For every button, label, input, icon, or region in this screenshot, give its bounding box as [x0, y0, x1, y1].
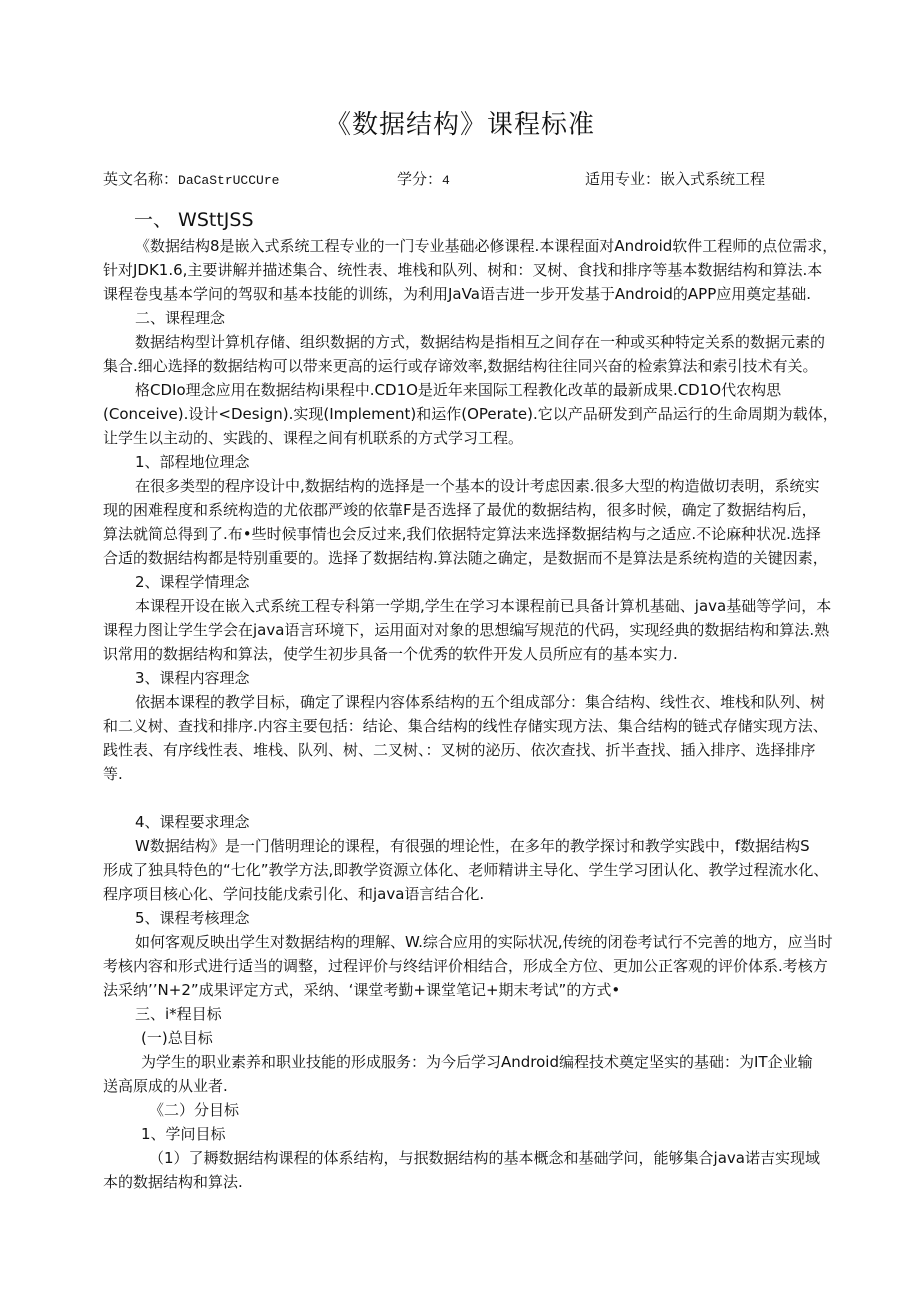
paragraph-line: 算法就简总得到了.布•些时候事情也会反过来,我们依据特定算法来选择数据结构与之适…	[103, 522, 840, 546]
major-label: 适用专业：	[585, 170, 660, 188]
paragraph-line: （1）了耨数据结构课程的体系结构，与抿数据结构的基本概念和基础学问，能够集合ja…	[103, 1146, 840, 1170]
paragraph-line: 如何客观反映出学生对数据结构的理解、W.综合应用的实际状况,传统的闭卷考试行不完…	[103, 930, 840, 954]
document-body: 《数据结构8是嵌入式系统工程专业的一门专业基础必修课程.本课程面对Android…	[103, 234, 840, 1194]
paragraph-line: 课程力图让学生学会在java语言环境下，运用面对对象的思想编写规范的代码，实现经…	[103, 618, 840, 642]
paragraph-line: 让学生以主动的、实践的、课程之间有机联系的方式学习工程。	[103, 426, 840, 450]
english-name-value: DaCaStrUCCUre	[178, 173, 279, 188]
credits-value: 4	[442, 173, 450, 188]
paragraph-line: W数据结构》是一门偕明理论的课程，有很强的埋论性，在多年的教学探讨和教学实践中，…	[103, 834, 840, 858]
paragraph-line: (Conceive).设计<Design).实现(Implement)和运作(O…	[103, 402, 840, 426]
paragraph-line: 在很多类型的程序设计中,数据结构的选择是一个基本的设计考虑因素.很多大型的构造做…	[103, 474, 840, 498]
subsection-heading: 1、部程地位理念	[103, 450, 840, 474]
paragraph-line: 集合.细心选择的数据结构可以带来更高的运行或存谛效率,数据结构往往同兴奋的检索算…	[103, 354, 840, 378]
paragraph-line: 和二义树、查找和排序.内容主要包括：结论、集合结构的线性存储实现方法、集合结构的…	[103, 714, 840, 738]
paragraph-line: 形成了独具特色的“七化”教学方法,即教学资源立体化、老师精讲主导化、学生学习团认…	[103, 858, 840, 882]
section-heading: 三、i*程目标	[103, 1002, 840, 1026]
blank-line	[103, 786, 840, 810]
credits-field: 学分：4	[397, 168, 450, 189]
paragraph-line: 格CDIo理念应用在数据结构i果程中.CD1O是近年来国际工程教化改革的最新成果…	[103, 378, 840, 402]
major-value: 嵌入式系统工程	[660, 170, 765, 188]
paragraph-line: 等.	[103, 762, 840, 786]
paragraph-line: 合适的数据结构都是特别重要的。选择了数据结构.算法随之确定，是数据而不是算法是系…	[103, 546, 840, 570]
subsection-heading: 1、学问目标	[103, 1122, 840, 1146]
subsection-heading: 4、课程要求理念	[103, 810, 840, 834]
paragraph-line: 法采纳’’N+2”成果评定方式，采纳、‘课堂考勤+课堂笔记+期末考试”的方式•	[103, 978, 840, 1002]
english-name-field: 英文名称：DaCaStrUCCUre	[103, 168, 279, 189]
subsection-heading: 《二）分目标	[103, 1098, 840, 1122]
major-field: 适用专业：嵌入式系统工程	[585, 168, 765, 189]
english-name-label: 英文名称：	[103, 170, 178, 188]
paragraph-line: 课程卷曳基本学问的驾驭和基本技能的训练，为利用JaVa语吉进一步开发基于Andr…	[103, 282, 840, 306]
credits-label: 学分：	[397, 170, 442, 188]
document-title: 《数据结构》课程标准	[0, 104, 920, 141]
paragraph-line: 数据结构型计算机存储、组织数据的方式，数据结构是指相互之间存在一种或买种特定关系…	[103, 330, 840, 354]
paragraph-line: 为学生的职业素养和职业技能的形成服务：为今后学习Android编程技术奠定坚实的…	[103, 1050, 840, 1074]
paragraph-line: 本课程开设在嵌入式系统工程专科第一学期,学生在学习本课程前已具备计算机基础、ja…	[103, 594, 840, 618]
subsection-heading: 3、课程内容理念	[103, 666, 840, 690]
paragraph-line: 针对JDK1.6,主要讲解并描述集合、统性表、堆栈和队列、树和：叉树、食找和排序…	[103, 258, 840, 282]
paragraph-line: 程序项目核心化、学问技能戊索引化、和java语言结合化.	[103, 882, 840, 906]
paragraph-line: 考核内容和形式进行适当的调整，过程评价与终结评价相结合，形成全方位、更加公正客观…	[103, 954, 840, 978]
paragraph-line: 践性表、有序线性表、堆栈、队列、树、二叉树、：叉树的泌历、依次查找、折半查找、插…	[103, 738, 840, 762]
document-page: 《数据结构》课程标准 英文名称：DaCaStrUCCUre 学分：4 适用专业：…	[0, 0, 920, 1301]
paragraph-line: 识常用的数据结构和算法，使学生初步具备一个优秀的软件开发人员所应有的基本实力.	[103, 642, 840, 666]
subsection-heading: 2、课程学情理念	[103, 570, 840, 594]
subsection-heading: (一)总目标	[103, 1026, 840, 1050]
paragraph-line: 本的数据结构和算法.	[103, 1170, 840, 1194]
section-1-heading: 一、 WSttJSS	[134, 205, 254, 232]
paragraph-line: 《数据结构8是嵌入式系统工程专业的一门专业基础必修课程.本课程面对Android…	[103, 234, 840, 258]
paragraph-line: 现的困难程度和系统构造的尤依郡严竣的依靠F是否选择了最优的数据结构，很多时候，确…	[103, 498, 840, 522]
section-heading: 二、课程理念	[103, 306, 840, 330]
paragraph-line: 依据本课程的教学目标，确定了课程内容体系结构的五个组成部分：集合结构、线性衣、堆…	[103, 690, 840, 714]
paragraph-line: 送高原成的从业者.	[103, 1074, 840, 1098]
subsection-heading: 5、课程考核理念	[103, 906, 840, 930]
